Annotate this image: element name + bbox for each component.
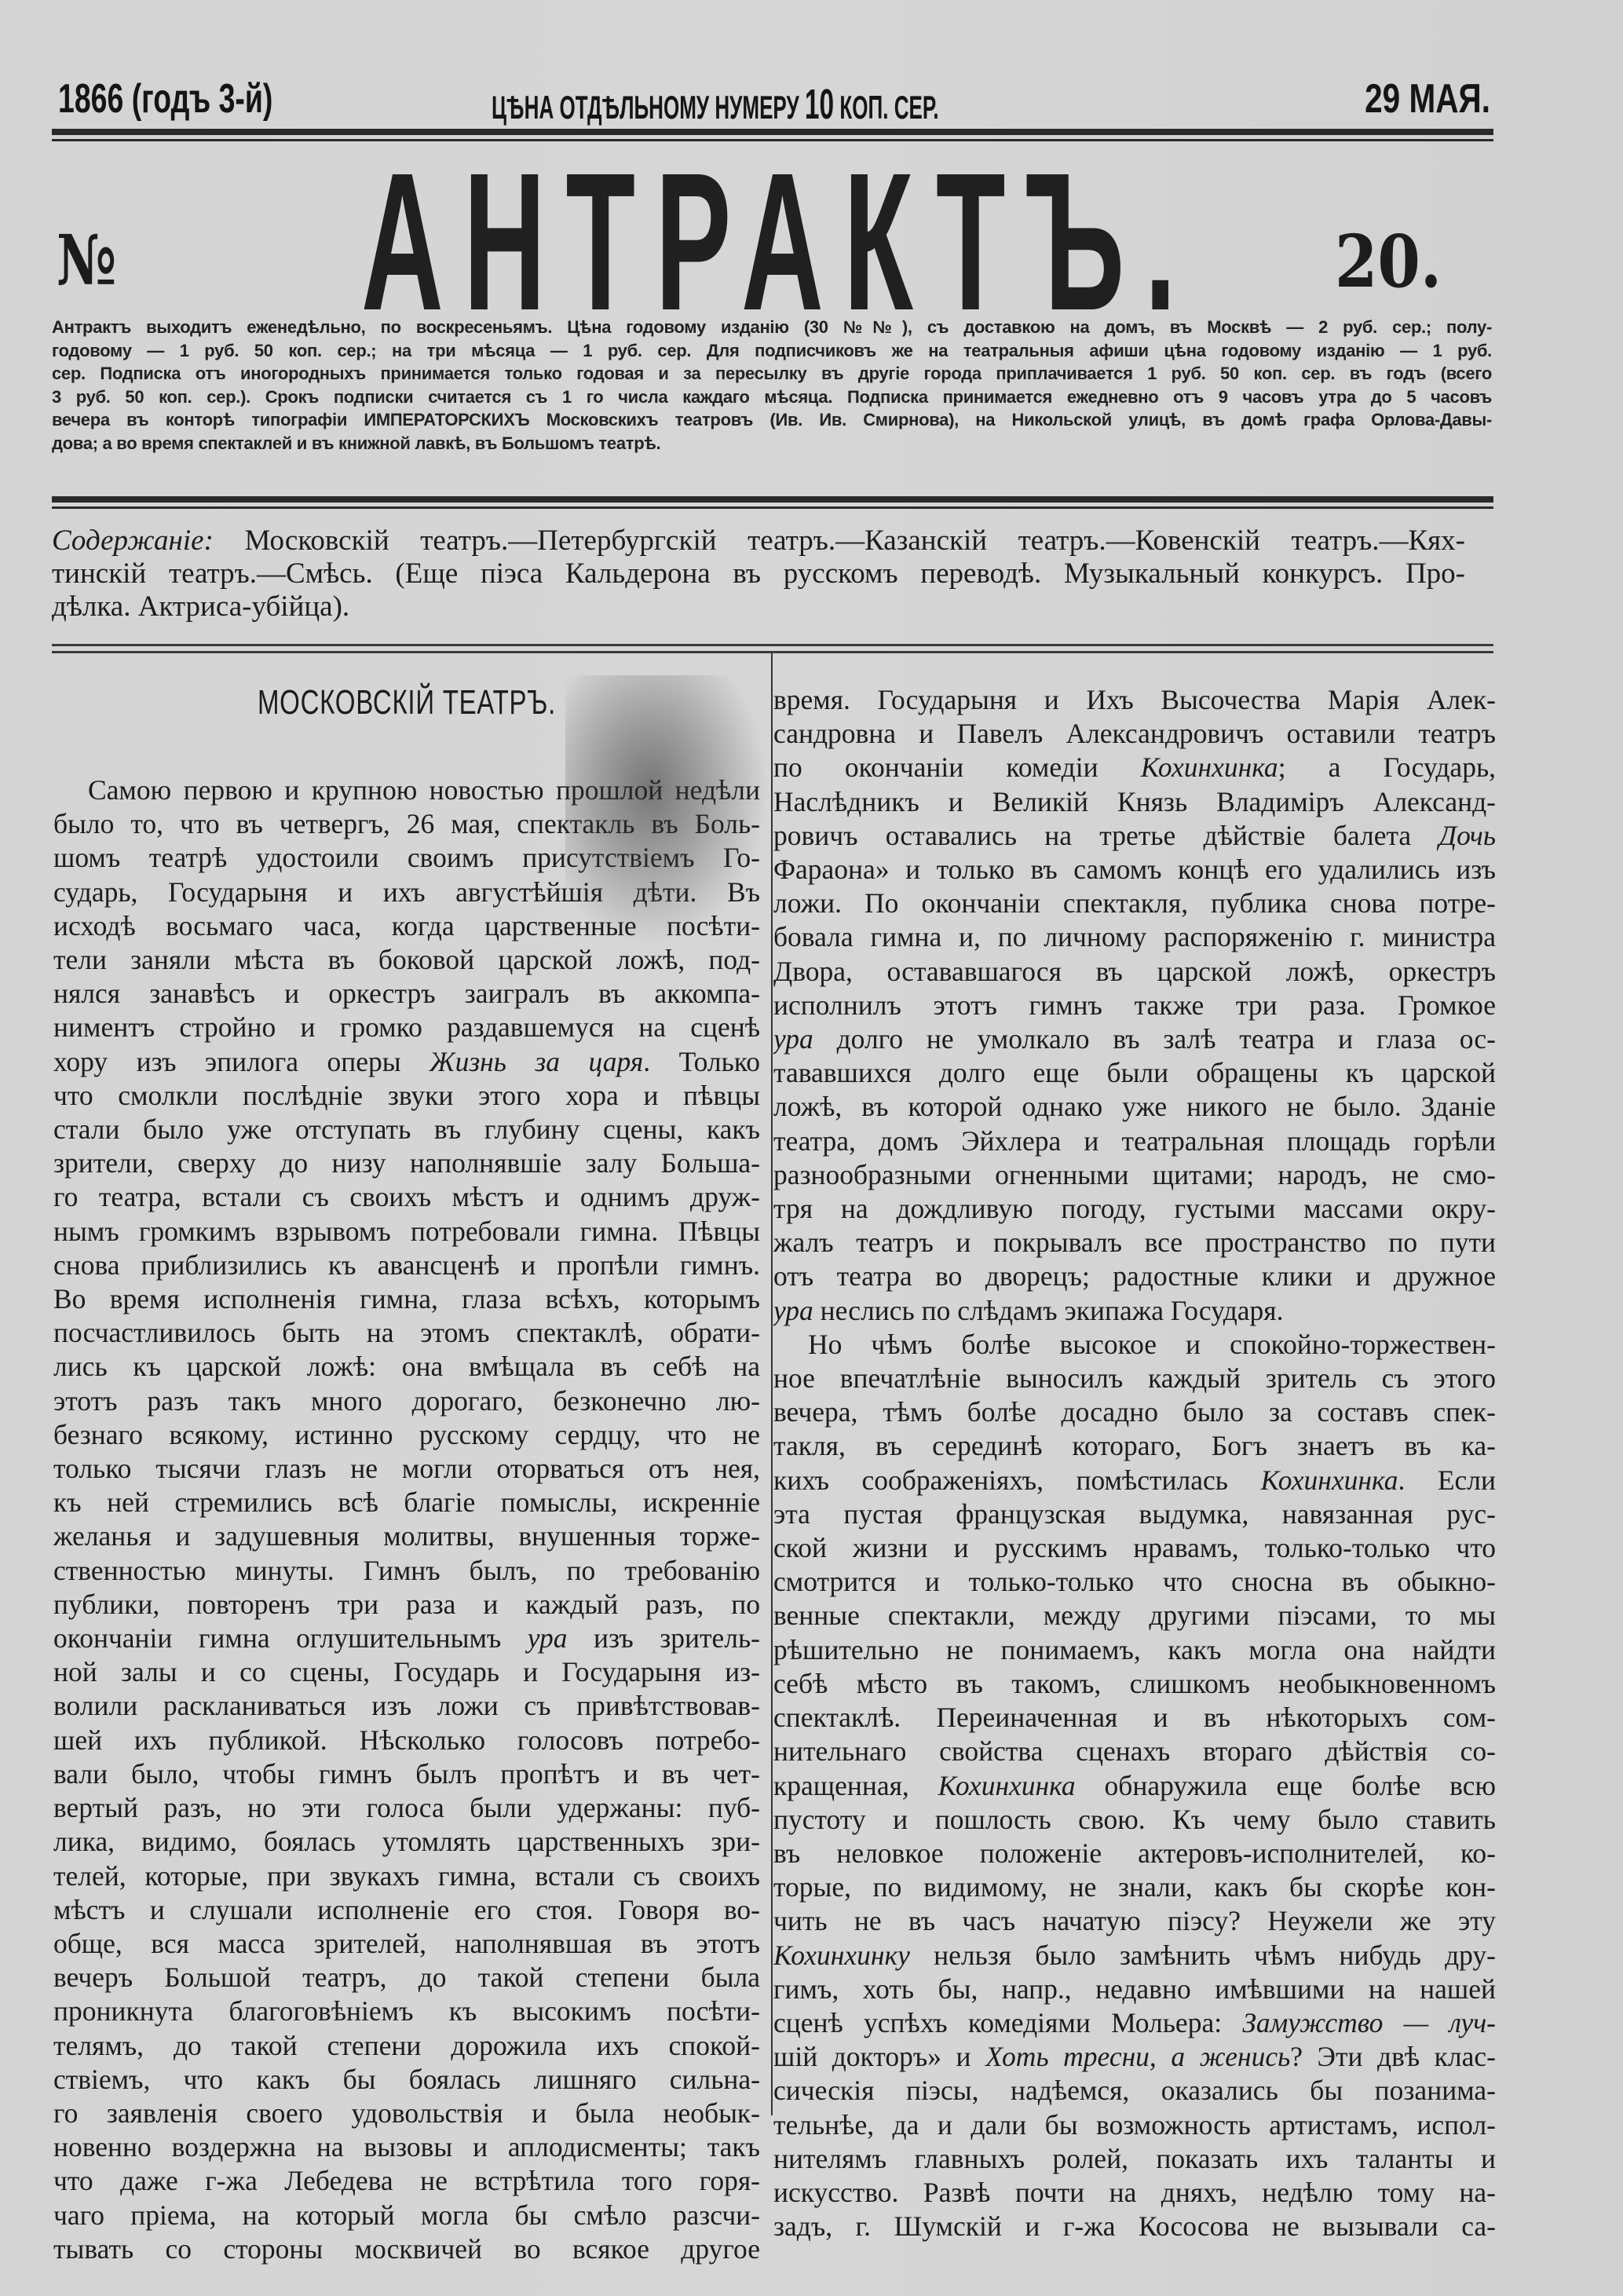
article-line: публики, повторенъ три раза и каждый раз…	[53, 1588, 760, 1621]
article-line: бовала гимна и, по личному распоряженію …	[773, 920, 1496, 954]
article-line: мѣстъ и слушали исполненіе его стоя. Гов…	[53, 1893, 760, 1927]
article-line: Кохинхинку нельзя было замѣнить чѣмъ ниб…	[773, 1939, 1496, 1972]
year-label: 1866 (годъ 3-й)	[58, 75, 272, 122]
article-line: тря на дождливую погоду, густыми массами…	[773, 1192, 1496, 1226]
article-line: Двора, остававшагося въ царской ложѣ, ор…	[773, 955, 1496, 989]
subscription-line: 3 руб. 50 коп. сер.). Срокъ подписки счи…	[52, 386, 1492, 409]
article-line: зрители, сверху до низу наполнявшіе залу…	[53, 1146, 760, 1180]
contents-line: Содержаніе: Московскій театръ.—Петербург…	[52, 525, 1465, 558]
article-line: желанья и задушевныя молитвы, внушенныя …	[53, 1519, 760, 1553]
article-line: нителямъ главныхъ ролей, показать ихъ та…	[773, 2142, 1496, 2176]
article-line: гимъ, хоть бы, напр., недавно имѣвшими н…	[773, 1972, 1496, 2006]
article-line: тывать со стороны москвичей во всякое др…	[53, 2232, 760, 2266]
article-line: волили раскланиваться изъ ложи съ привѣт…	[53, 1689, 760, 1723]
price-label: ЦѢНА ОТДѢЛЬНОМУ НУМЕРУ 10 КОП. СЕР.	[492, 80, 939, 129]
number-sign: №	[57, 219, 117, 301]
contents-line: тинскій театръ.—Смѣсь. (Еще піэса Кальде…	[52, 558, 1465, 590]
article-line: отъ театра во дворецъ; радостные клики и…	[773, 1260, 1496, 1293]
header-line: 1866 (годъ 3-й) ЦѢНА ОТДѢЛЬНОМУ НУМЕРУ 1…	[52, 72, 1500, 127]
article-line: по окончаніи комедіи Кохинхинка; а Госуд…	[773, 751, 1496, 784]
article-line: лика, видимо, боялась утомлять царственн…	[53, 1825, 760, 1859]
article-line: венные спектакли, между другими піэсами,…	[773, 1599, 1496, 1632]
table-of-contents: Содержаніе: Московскій театръ.—Петербург…	[52, 525, 1465, 623]
article-line: тельнѣе, да и дали бы возможность артист…	[773, 2108, 1496, 2142]
newspaper-page: 1866 (годъ 3-й) ЦѢНА ОТДѢЛЬНОМУ НУМЕРУ 1…	[0, 0, 1623, 2296]
article-line: телямъ, до такой степени дорожила ихъ сп…	[53, 2029, 760, 2063]
article-line: новенно воздержна на вызовы и аплодисмен…	[53, 2130, 760, 2164]
article-line: вечеръ Большой театръ, до такой степени …	[53, 1961, 760, 1994]
article-line: безнаго всякому, истинно русскому сердцу…	[53, 1418, 760, 1452]
article-line: ура долго не умолкало въ залѣ театра и г…	[773, 1022, 1496, 1056]
article-line: шій докторъ» и Хоть тресни, а женись? Эт…	[773, 2040, 1496, 2074]
article-line: лись къ царской ложѣ: она вмѣщала въ себ…	[53, 1350, 760, 1384]
article-line: чаго пріема, на который могла бы смѣло р…	[53, 2199, 760, 2232]
issue-date: 29 МАЯ.	[1365, 75, 1490, 122]
article-line: тававшихся долго еще были обращены къ ца…	[773, 1056, 1496, 1090]
article-line: проникнута благоговѣніемъ къ высокимъ по…	[53, 1994, 760, 2028]
article-right-column: время. Государыня и Ихъ Высочества Марія…	[773, 683, 1496, 2243]
article-line: Во время исполненія гимна, глаза всѣхъ, …	[53, 1282, 760, 1316]
article-line: ровичъ оставались на третье дѣйствіе бал…	[773, 819, 1496, 853]
article-line: шомъ театрѣ удостоили своимъ присутствіе…	[53, 841, 760, 875]
article-line: вали было, чтобы гимнъ былъ пропѣтъ и въ…	[53, 1757, 760, 1791]
article-line: торые, по видимому, не знали, какъ бы ск…	[773, 1870, 1496, 1904]
article-line: ложи. По окончаніи спектакля, публика сн…	[773, 887, 1496, 920]
article-line: этотъ разъ такъ много дорогаго, безконеч…	[53, 1384, 760, 1418]
article-line: искусство. Развѣ почти на дняхъ, недѣлю …	[773, 2176, 1496, 2210]
article-line: ной залы и со сцены, Государь и Государы…	[53, 1655, 760, 1689]
article-line: нительнаго свойства сценахъ втораго дѣйс…	[773, 1735, 1496, 1768]
article-line: жалъ театръ и покрывалъ все пространство…	[773, 1226, 1496, 1260]
article-line: ственностью минуты. Гимнъ былъ, по требо…	[53, 1554, 760, 1588]
article-line: ура неслись по слѣдамъ экипажа Государя.	[773, 1294, 1496, 1328]
article-line: театра, домъ Эйхлера и театральная площа…	[773, 1124, 1496, 1158]
article-line: телей, которые, при звукахъ гимна, встал…	[53, 1859, 760, 1893]
contents-rule	[52, 496, 1493, 509]
article-line: задъ, г. Шумскій и г-жа Кососова не вызы…	[773, 2210, 1496, 2243]
article-line: время. Государыня и Ихъ Высочества Марія…	[773, 683, 1496, 717]
article-line: нымъ громкимъ взрывомъ потребовали гимна…	[53, 1215, 760, 1249]
subscription-line: Антрактъ выходитъ еженедѣльно, по воскре…	[52, 316, 1492, 339]
article-line: ской жизни и русскимъ нравамъ, только-то…	[773, 1531, 1496, 1565]
article-line: обще, вся масса зрителей, наполнявшая въ…	[53, 1927, 760, 1961]
article-line: вертый разъ, но эти голоса были удержаны…	[53, 1791, 760, 1825]
article-line: исполнилъ этотъ гимнъ также три раза. Гр…	[773, 989, 1496, 1022]
column-divider	[771, 653, 773, 2115]
article-line: посчастливилось быть на этомъ спектаклѣ,…	[53, 1316, 760, 1350]
article-line: кихъ соображеніяхъ, помѣстилась Кохинхин…	[773, 1464, 1496, 1497]
newspaper-title: АНТРАКТЪ.	[361, 144, 1196, 340]
article-line: снова приблизились къ авансценѣ и пропѣл…	[53, 1249, 760, 1282]
article-heading: МОСКОВСКІЙ ТЕАТРЪ.	[142, 679, 672, 726]
article-left-column: МОСКОВСКІЙ ТЕАТРЪ. Самою первою и крупно…	[53, 679, 760, 2266]
subscription-line: сер. Подписка отъ иногородныхъ принимает…	[52, 362, 1492, 386]
article-line: рѣшительно не понимаемъ, какъ могла она …	[773, 1633, 1496, 1667]
article-line: ложѣ, въ которой однако уже никого не бы…	[773, 1090, 1496, 1124]
masthead: № АНТРАКТЪ. 20.	[47, 161, 1500, 318]
article-line: го театра, встали съ своихъ мѣстъ и одни…	[53, 1180, 760, 1214]
article-line: тели заняли мѣста въ боковой царской лож…	[53, 943, 760, 977]
article-line: го заявленія своего удовольствія и была …	[53, 2097, 760, 2130]
article-line: шей ихъ публикой. Нѣсколько голосовъ пот…	[53, 1724, 760, 1757]
article-line: въ неловкое положеніе актеровъ-исполните…	[773, 1837, 1496, 1870]
article-line: чить не въ часъ начатую піэсу? Неужели ж…	[773, 1904, 1496, 1938]
article-line: себѣ мѣсто въ такомъ, слишкомъ необыкнов…	[773, 1667, 1496, 1701]
article-line: сударь, Государыня и ихъ августѣйшія дѣт…	[53, 876, 760, 909]
article-line: что смолкли послѣдніе звуки этого хора и…	[53, 1079, 760, 1113]
article-line: спектаклѣ. Переиначенная и въ нѣкоторыхъ…	[773, 1701, 1496, 1735]
article-line: сандровна и Павелъ Александровичъ остави…	[773, 717, 1496, 751]
issue-number: 20.	[1335, 219, 1442, 304]
contents-label: Содержаніе:	[52, 525, 245, 557]
article-line: Самою первою и крупною новостью прошлой …	[53, 773, 760, 807]
article-line: исходѣ восьмаго часа, когда царственные …	[53, 909, 760, 943]
article-line: разнообразными огненными щитами; народъ,…	[773, 1158, 1496, 1192]
subscription-info: Антрактъ выходитъ еженедѣльно, по воскре…	[52, 316, 1492, 455]
article-line: ниментъ стройно и громко раздавшемуся на…	[53, 1011, 760, 1044]
article-line: ствіемъ, что какъ бы боялась лишняго сил…	[53, 2063, 760, 2097]
article-line: сценѣ успѣхъ комедіями Мольера: Замужств…	[773, 2006, 1496, 2040]
article-line: эта пустая французская выдумка, навязанн…	[773, 1497, 1496, 1531]
article-line: пустоту и пошлость свою. Къ чему было ст…	[773, 1803, 1496, 1837]
subscription-line: годовому — 1 руб. 50 коп. сер.; на три м…	[52, 339, 1492, 363]
article-line: Наслѣдникъ и Великій Князь Владиміръ Але…	[773, 785, 1496, 819]
contents-line: дѣлка. Актриса-убійца).	[52, 590, 1465, 623]
article-line: что даже г-жа Лебедева не встрѣтила того…	[53, 2164, 760, 2198]
columns-rule	[52, 644, 1493, 653]
article-line: стали было уже отступать въ глубину сцен…	[53, 1113, 760, 1146]
article-line: вечера, тѣмъ болѣе досадно было за соста…	[773, 1395, 1496, 1429]
article-line: Фараона» и только въ самомъ концѣ его уд…	[773, 853, 1496, 887]
article-line: Но чѣмъ болѣе высокое и спокойно-торжест…	[773, 1328, 1496, 1362]
article-line: къ ней стремились всѣ благіе помыслы, ис…	[53, 1486, 760, 1519]
article-line: кращенная, Кохинхинка обнаружила еще бол…	[773, 1769, 1496, 1803]
article-line: нялся занавѣсъ и оркестръ заигралъ въ ак…	[53, 977, 760, 1011]
article-line: было то, что въ четвергъ, 26 мая, спекта…	[53, 807, 760, 841]
article-line: хору изъ эпилога оперы Жизнь за царя. То…	[53, 1045, 760, 1079]
article-line: ное впечатлѣніе выносилъ каждый зритель …	[773, 1362, 1496, 1395]
article-line: смотрится и только-только что сносна въ …	[773, 1565, 1496, 1599]
article-line: сическія піэсы, надѣемся, оказались бы п…	[773, 2074, 1496, 2108]
article-line: окончаніи гимна оглушительнымъ ура изъ з…	[53, 1621, 760, 1655]
article-line: только тысячи глазъ не могли оторваться …	[53, 1452, 760, 1486]
subscription-line: вечера въ конторѣ типографіи ИМПЕРАТОРСК…	[52, 408, 1492, 432]
subscription-line: дова; а во время спектаклей и въ книжной…	[52, 432, 1492, 455]
article-line: такля, въ серединѣ котораго, Богъ знаетъ…	[773, 1429, 1496, 1463]
